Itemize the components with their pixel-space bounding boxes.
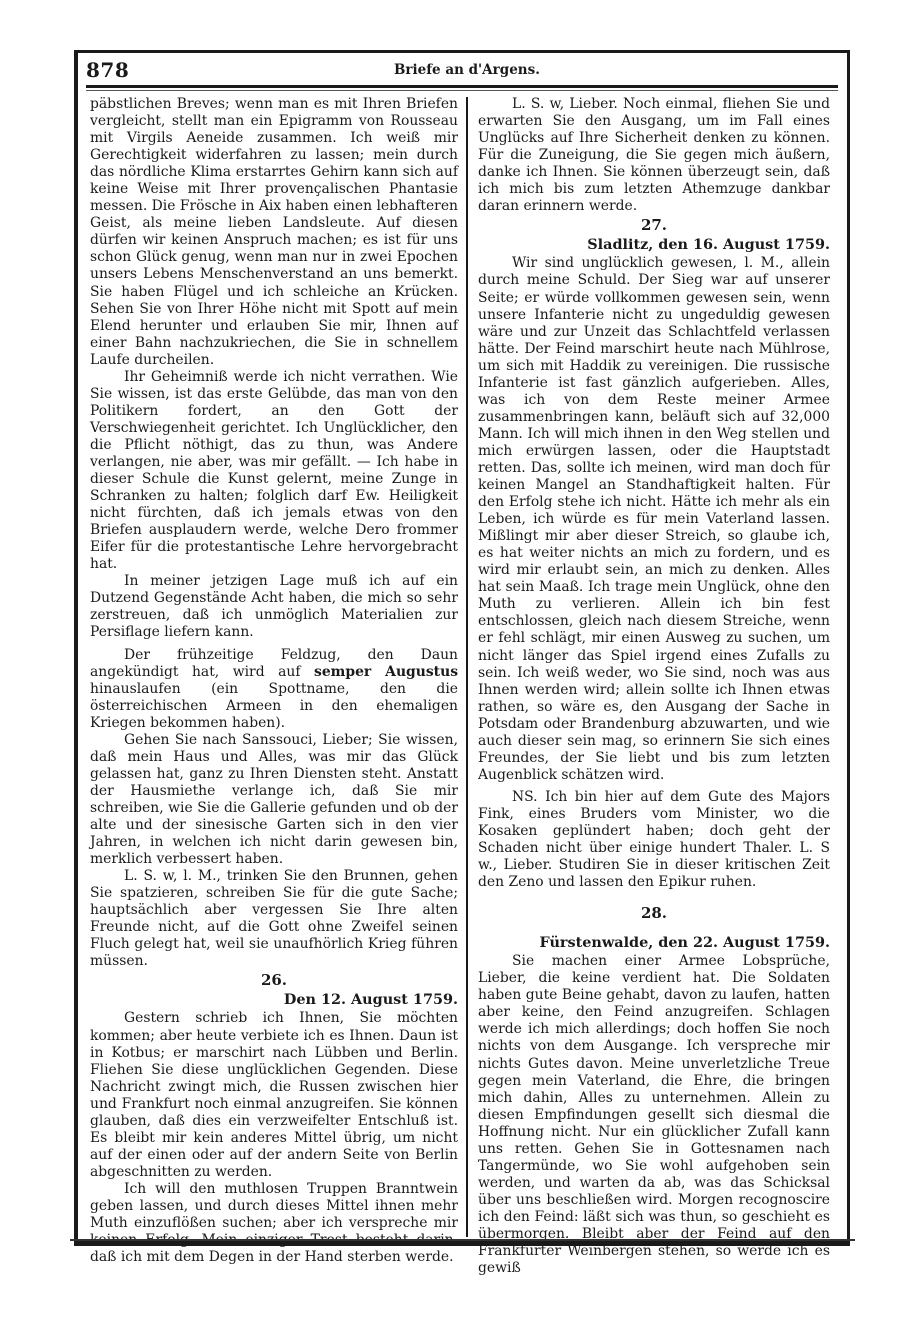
letter-date: Sladlitz, den 16. August 1759. bbox=[478, 236, 830, 253]
header-rule-thin bbox=[86, 90, 838, 91]
paragraph: Der frühzeitige Feldzug, den Daun angekü… bbox=[90, 647, 458, 732]
letter-date: Fürstenwalde, den 22. August 1759. bbox=[478, 934, 830, 951]
text-span: hinauslaufen (ein Spottname, den die öst… bbox=[90, 681, 458, 731]
running-title: Briefe an d'Argens. bbox=[394, 62, 540, 78]
letter-number: 26. bbox=[90, 972, 458, 989]
letter-number: 27. bbox=[478, 217, 830, 234]
paragraph: L. S. w, Lieber. Noch einmal, fliehen Si… bbox=[478, 96, 830, 215]
letter-date: Den 12. August 1759. bbox=[90, 991, 458, 1008]
page-header: 878 Briefe an d'Argens. bbox=[86, 58, 838, 86]
column-divider bbox=[466, 97, 468, 1237]
paragraph: In meiner jetzigen Lage muß ich auf ein … bbox=[90, 573, 458, 641]
paragraph: Gestern schrieb ich Ihnen, Sie möchten k… bbox=[90, 1010, 458, 1180]
paragraph: Gehen Sie nach Sanssouci, Lieber; Sie wi… bbox=[90, 732, 458, 868]
header-rule bbox=[86, 85, 838, 88]
paragraph: päbstlichen Breves; wenn man es mit Ihre… bbox=[90, 96, 458, 369]
right-column: L. S. w, Lieber. Noch einmal, fliehen Si… bbox=[478, 96, 830, 1277]
letter-number: 28. bbox=[478, 905, 830, 922]
paragraph: Wir sind unglücklich gewesen, l. M., all… bbox=[478, 255, 830, 783]
postscript: NS. Ich bin hier auf dem Gute des Majors… bbox=[478, 789, 830, 891]
left-column: päbstlichen Breves; wenn man es mit Ihre… bbox=[90, 96, 458, 1266]
paragraph: L. S. w, l. M., trinken Sie den Brunnen,… bbox=[90, 868, 458, 970]
paragraph: Ihr Geheimniß werde ich nicht verrathen.… bbox=[90, 369, 458, 574]
paragraph: Sie machen einer Armee Lobsprüche, Liebe… bbox=[478, 953, 830, 1277]
bottom-rule bbox=[70, 1239, 855, 1249]
page-number: 878 bbox=[86, 58, 129, 82]
latin-phrase: semper Augustus bbox=[314, 664, 458, 680]
paragraph: Ich will den muthlosen Truppen Branntwei… bbox=[90, 1181, 458, 1266]
